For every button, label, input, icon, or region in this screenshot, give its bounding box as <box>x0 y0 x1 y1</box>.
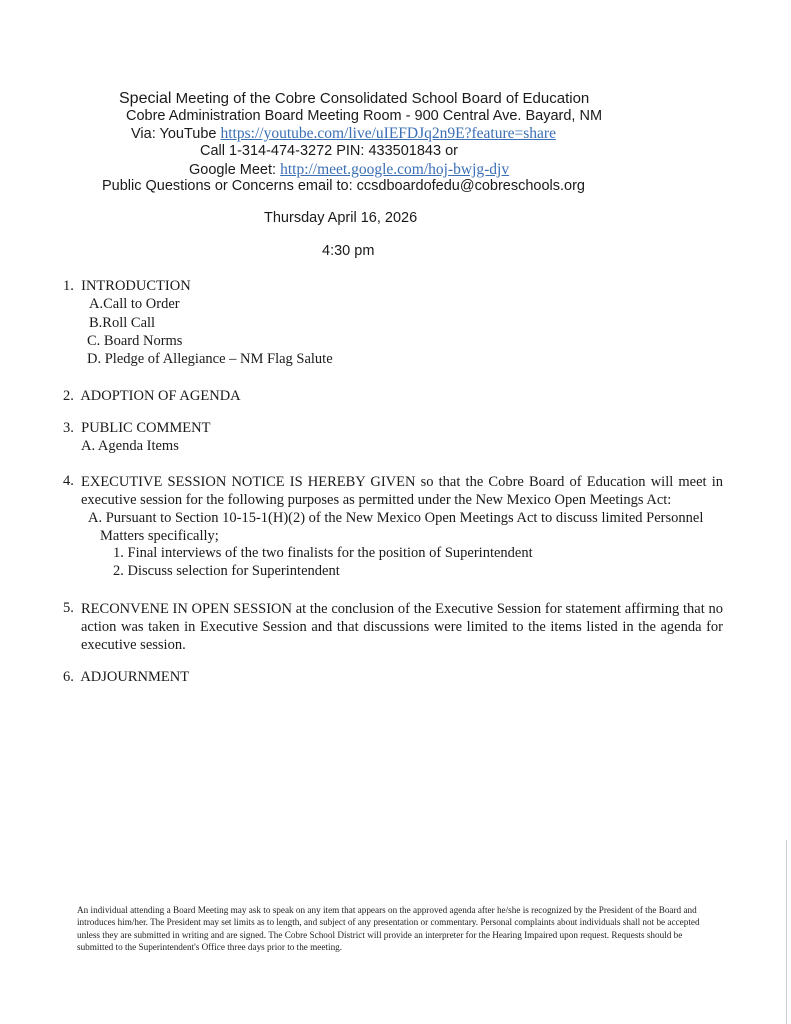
item-title: ADJOURNMENT <box>80 669 189 685</box>
item-number: 1. <box>63 278 74 294</box>
meeting-title: Special Meeting of the Cobre Consolidate… <box>119 90 791 108</box>
agenda-item-3: 3. PUBLIC COMMENT <box>63 420 210 437</box>
title-prefix: Special <box>119 90 171 107</box>
youtube-label: Via: YouTube <box>131 126 221 142</box>
meeting-location: Cobre Administration Board Meeting Room … <box>126 108 791 124</box>
agenda-item-4-sub-a: A. Pursuant to Section 10-15-1(H)(2) of … <box>88 509 724 545</box>
sub-item: A.Call to Order <box>89 296 180 313</box>
page-edge-divider <box>786 840 787 1024</box>
sub-item: D. Pledge of Allegiance – NM Flag Salute <box>87 351 333 368</box>
sub-a-text: A. Pursuant to Section 10-15-1(H)(2) of … <box>88 509 724 545</box>
agenda-item-1: 1. INTRODUCTION <box>63 278 191 295</box>
agenda-item-4-text: EXECUTIVE SESSION NOTICE IS HEREBY GIVEN… <box>81 473 723 509</box>
item-number: 2. <box>63 388 74 404</box>
title-rest: Meeting of the Cobre Consolidated School… <box>171 90 589 107</box>
item-title: PUBLIC COMMENT <box>81 420 210 436</box>
youtube-line: Via: YouTube https://youtube.com/live/uI… <box>131 125 791 143</box>
sub-item: 2. Discuss selection for Superintendent <box>113 563 340 580</box>
item-number: 3. <box>63 420 74 436</box>
sub-item: C. Board Norms <box>87 333 182 350</box>
item-number: 4. <box>63 473 74 490</box>
youtube-link[interactable]: https://youtube.com/live/uIEFDJq2n9E?fea… <box>221 125 556 142</box>
email-line: Public Questions or Concerns email to: c… <box>102 178 791 194</box>
meet-label: Google Meet: <box>189 162 280 178</box>
item-title: ADOPTION OF AGENDA <box>80 388 240 404</box>
agenda-item-5-text: RECONVENE IN OPEN SESSION at the conclus… <box>81 600 723 654</box>
call-line: Call 1-314-474-3272 PIN: 433501843 or <box>200 143 791 159</box>
item-number: 6. <box>63 669 74 685</box>
meeting-date: Thursday April 16, 2026 <box>264 210 791 226</box>
meeting-time: 4:30 pm <box>322 243 791 259</box>
agenda-item-2: 2. ADOPTION OF AGENDA <box>63 388 241 405</box>
google-meet-link[interactable]: http://meet.google.com/hoj-bwjg-djv <box>280 161 509 178</box>
item-title: INTRODUCTION <box>81 278 191 294</box>
public-comment-policy-note: An individual attending a Board Meeting … <box>77 904 717 953</box>
sub-item: B.Roll Call <box>89 315 155 332</box>
sub-item: A. Agenda Items <box>81 438 179 455</box>
meet-line: Google Meet: http://meet.google.com/hoj-… <box>189 161 791 179</box>
agenda-item-6: 6. ADJOURNMENT <box>63 669 189 686</box>
item-number: 5. <box>63 600 74 617</box>
sub-item: 1. Final interviews of the two finalists… <box>113 545 533 562</box>
agenda-page: Special Meeting of the Cobre Consolidate… <box>0 0 791 1024</box>
